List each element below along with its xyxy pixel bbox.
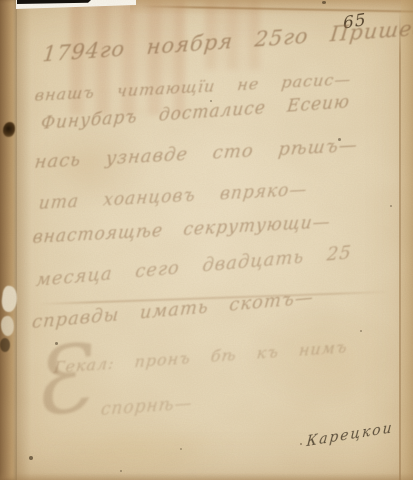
binding-edge [0, 0, 17, 480]
speck [120, 470, 122, 472]
flourish-initial: Ɛ [26, 332, 97, 431]
handwriting-line: внастоящѣе секрутующи— [32, 212, 332, 248]
handwriting-line-faint: спорнѣ— [100, 394, 194, 421]
bottom-edge-shading [0, 473, 413, 480]
binding-edge-shadow [17, 0, 31, 480]
speck [29, 456, 33, 460]
edge-damage-spot [0, 338, 10, 352]
signature: Карецкои [306, 420, 394, 450]
manuscript-page-scan: 65 1794го ноября 25го Пришедо внашъ чита… [0, 0, 413, 480]
speck [300, 443, 302, 445]
speck [360, 330, 362, 332]
handwriting-line: месяца сего двадцать 25 [35, 242, 352, 291]
underlying-page-edge [401, 0, 413, 480]
speck [180, 448, 182, 450]
speck [390, 205, 392, 207]
speck [322, 1, 326, 4]
